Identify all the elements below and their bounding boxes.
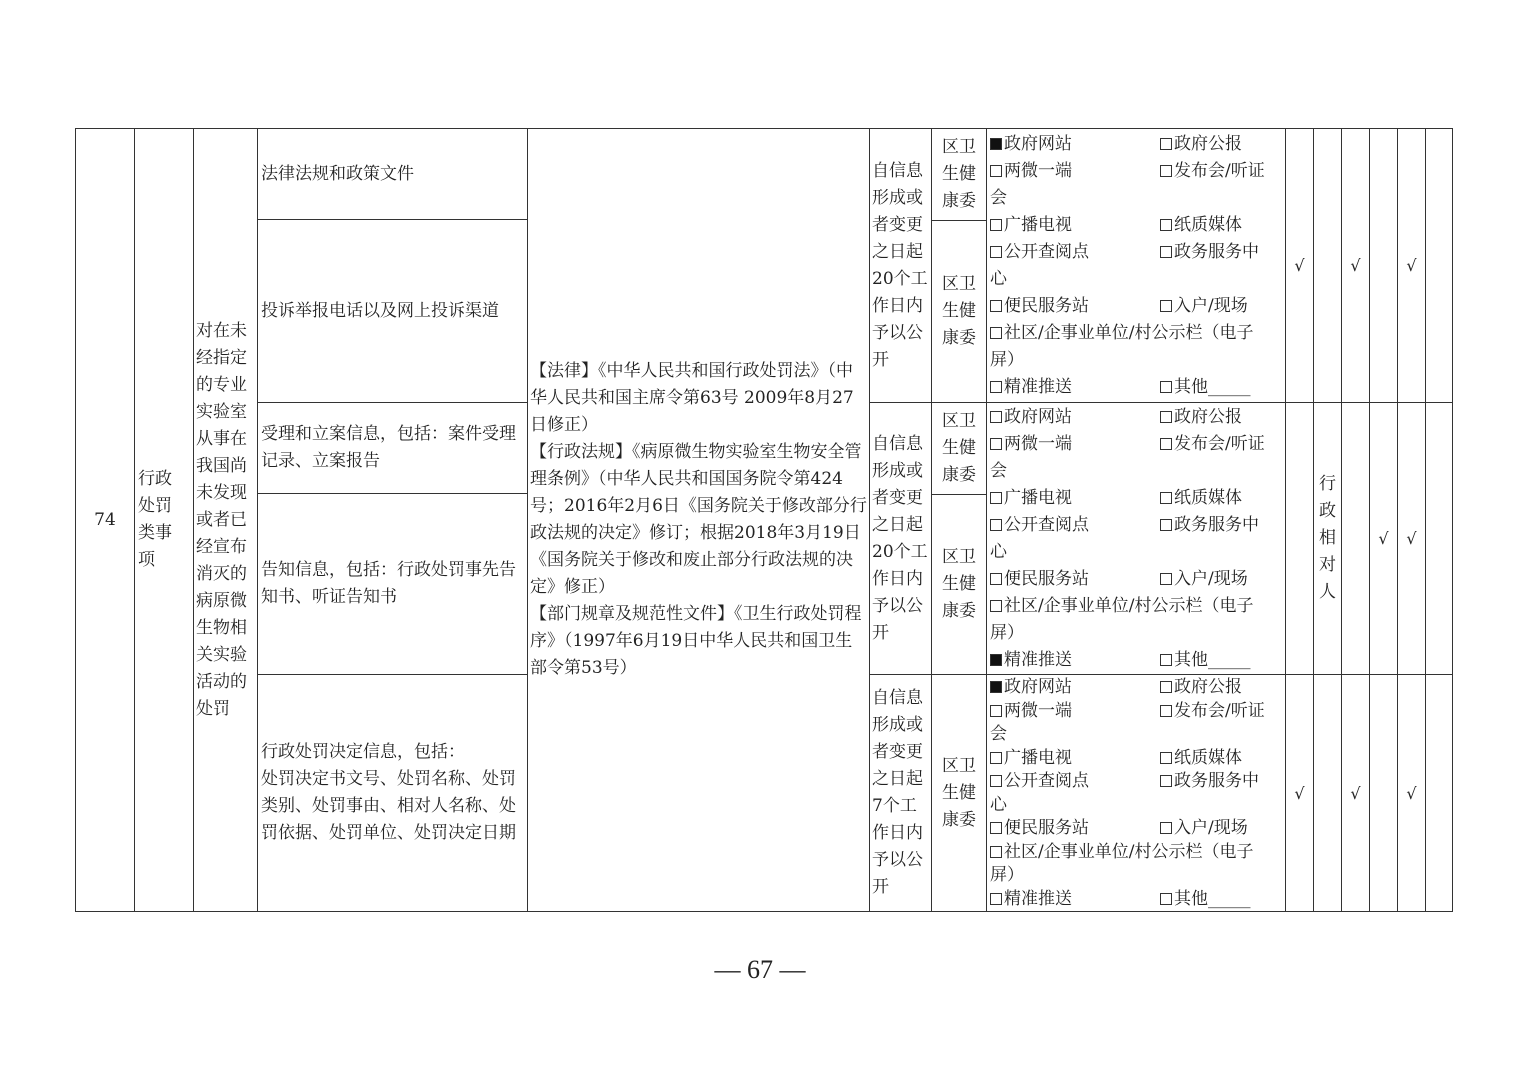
target-cell: 行政相对人 bbox=[1313, 402, 1342, 675]
channel-label: 其他_____ bbox=[1174, 650, 1251, 670]
channel-label: 公开查阅点 bbox=[1004, 242, 1089, 262]
checkbox-icon bbox=[990, 752, 1002, 764]
checkbox-icon bbox=[990, 219, 1002, 231]
checkbox-icon bbox=[990, 846, 1002, 858]
channel-label: 两微一端 bbox=[1004, 161, 1072, 181]
check-cell bbox=[1341, 402, 1370, 675]
channels-cell-1: 政府网站政府公报 两微一端发布会/听证 会 广播电视纸质媒体 公开查阅点政务服务… bbox=[986, 128, 1286, 403]
channel-label: 发布会/听证 bbox=[1174, 434, 1265, 454]
check-cell bbox=[1425, 674, 1453, 912]
channel-label: 广播电视 bbox=[1004, 215, 1072, 235]
check-cell bbox=[1285, 402, 1314, 675]
checkbox-icon bbox=[990, 705, 1002, 717]
checkbox-icon bbox=[1160, 165, 1172, 177]
check-cell bbox=[1369, 674, 1398, 912]
checkbox-icon bbox=[1160, 893, 1172, 905]
channel-label: 入户/现场 bbox=[1174, 818, 1248, 838]
check-cell bbox=[1313, 674, 1342, 912]
channel-label: 政府公报 bbox=[1174, 407, 1242, 427]
check-cell bbox=[1369, 128, 1398, 403]
target-text: 行政相对人 bbox=[1318, 471, 1338, 606]
row-number-cell: 74 bbox=[75, 128, 135, 912]
subject-cell: 区卫生健康委 bbox=[931, 402, 987, 495]
legal-basis-cell: 【法律】《中华人民共和国行政处罚法》（中华人民共和国主席令第63号 2009年8… bbox=[527, 128, 870, 912]
content-text: 告知信息，包括：行政处罚事先告知书、听证告知书 bbox=[258, 557, 527, 611]
checkbox-icon bbox=[1160, 411, 1172, 423]
channel-label: 屏） bbox=[990, 864, 1024, 888]
checkmark: √ bbox=[1406, 525, 1416, 552]
channel-label: 屏） bbox=[990, 620, 1024, 647]
channel-label: 便民服务站 bbox=[1004, 818, 1089, 838]
checkbox-icon bbox=[990, 411, 1002, 423]
checkbox-icon bbox=[1160, 138, 1172, 150]
channels-cell-2: 政府网站政府公报 两微一端发布会/听证 会 广播电视纸质媒体 公开查阅点政务服务… bbox=[986, 402, 1286, 675]
check-cell bbox=[1313, 128, 1342, 403]
channel-label: 政府公报 bbox=[1174, 677, 1242, 697]
check-cell: √ bbox=[1341, 674, 1370, 912]
row-number: 74 bbox=[94, 507, 116, 534]
channel-label: 纸质媒体 bbox=[1174, 748, 1242, 768]
channel-label: 发布会/听证 bbox=[1174, 161, 1265, 181]
checkbox-icon bbox=[990, 246, 1002, 258]
channel-label: 心 bbox=[990, 266, 1007, 293]
checkbox-icon bbox=[1160, 246, 1172, 258]
subject-cell: 区卫生健康委 bbox=[931, 220, 987, 403]
channel-label: 社区/企事业单位/村公示栏（电子 bbox=[1004, 596, 1253, 616]
channel-label: 会 bbox=[990, 723, 1007, 747]
channel-label: 精准推送 bbox=[1004, 377, 1072, 397]
channel-label: 纸质媒体 bbox=[1174, 215, 1242, 235]
check-cell: √ bbox=[1397, 674, 1426, 912]
checkbox-checked-icon bbox=[990, 681, 1002, 693]
basis-law: 【法律】《中华人民共和国行政处罚法》（中华人民共和国主席令第63号 2009年8… bbox=[530, 358, 867, 439]
channel-label: 两微一端 bbox=[1004, 701, 1072, 721]
subject-text: 区卫生健康委 bbox=[939, 134, 979, 215]
channel-label: 政府网站 bbox=[1004, 134, 1072, 154]
channel-label: 社区/企事业单位/村公示栏（电子 bbox=[1004, 323, 1253, 343]
checkbox-icon bbox=[1160, 219, 1172, 231]
checkbox-icon bbox=[990, 165, 1002, 177]
checkbox-icon bbox=[1160, 654, 1172, 666]
channel-label: 精准推送 bbox=[1004, 650, 1072, 670]
checkbox-icon bbox=[1160, 438, 1172, 450]
content-text: 法律法规和政策文件 bbox=[258, 161, 417, 188]
item-cell: 对在未经指定的专业实验室从事在我国尚未发现或者已经宣布消灭的病原微生物相关实验活… bbox=[193, 128, 258, 912]
channel-label: 其他_____ bbox=[1174, 889, 1251, 909]
checkmark: √ bbox=[1294, 780, 1304, 807]
content-cell-2: 投诉举报电话以及网上投诉渠道 bbox=[257, 219, 528, 403]
subject-text: 区卫生健康委 bbox=[939, 408, 979, 489]
content-cell-4: 告知信息，包括：行政处罚事先告知书、听证告知书 bbox=[257, 493, 528, 675]
subject-cell: 区卫生健康委 bbox=[931, 494, 987, 675]
check-cell bbox=[1425, 402, 1453, 675]
checkmark: √ bbox=[1406, 780, 1416, 807]
channel-label: 广播电视 bbox=[1004, 748, 1072, 768]
checkbox-icon bbox=[1160, 822, 1172, 834]
checkbox-icon bbox=[1160, 300, 1172, 312]
basis-rules: 【部门规章及规范性文件】《卫生行政处罚程序》（1997年6月19日中华人民共和国… bbox=[530, 601, 867, 682]
subject-text: 区卫生健康委 bbox=[939, 753, 979, 834]
page-number: — 67 — bbox=[0, 955, 1520, 985]
channel-label: 会 bbox=[990, 185, 1007, 212]
channel-label: 纸质媒体 bbox=[1174, 488, 1242, 508]
timing-cell-2: 自信息形成或者变更之日起20个工作日内予以公开 bbox=[869, 402, 932, 675]
checkbox-icon bbox=[990, 492, 1002, 504]
timing-cell-1: 自信息形成或者变更之日起20个工作日内予以公开 bbox=[869, 128, 932, 403]
content-text: 受理和立案信息，包括：案件受理记录、立案报告 bbox=[258, 421, 527, 475]
check-cell: √ bbox=[1369, 402, 1398, 675]
subject-cell: 区卫生健康委 bbox=[931, 128, 987, 221]
document-page: 74 行政处罚类事项 对在未经指定的专业实验室从事在我国尚未发现或者已经宣布消灭… bbox=[0, 0, 1520, 1074]
check-cell: √ bbox=[1397, 128, 1426, 403]
category-cell: 行政处罚类事项 bbox=[134, 128, 194, 912]
checkmark: √ bbox=[1350, 252, 1360, 279]
checkbox-icon bbox=[990, 600, 1002, 612]
checkbox-checked-icon bbox=[990, 138, 1002, 150]
channel-label: 广播电视 bbox=[1004, 488, 1072, 508]
checkbox-icon bbox=[990, 573, 1002, 585]
checkbox-icon bbox=[990, 327, 1002, 339]
content-cell-1: 法律法规和政策文件 bbox=[257, 128, 528, 220]
channel-label: 便民服务站 bbox=[1004, 569, 1089, 589]
timing-cell-3: 自信息形成或者变更之日起7个工作日内予以公开 bbox=[869, 674, 932, 912]
channel-label: 心 bbox=[990, 539, 1007, 566]
subject-cell: 区卫生健康委 bbox=[931, 674, 987, 912]
checkbox-icon bbox=[990, 893, 1002, 905]
channel-label: 政府网站 bbox=[1004, 407, 1072, 427]
checkbox-icon bbox=[1160, 752, 1172, 764]
item-text: 对在未经指定的专业实验室从事在我国尚未发现或者已经宣布消灭的病原微生物相关实验活… bbox=[194, 318, 255, 723]
channel-label: 发布会/听证 bbox=[1174, 701, 1265, 721]
channel-label: 社区/企事业单位/村公示栏（电子 bbox=[1004, 842, 1253, 862]
checkbox-icon bbox=[990, 438, 1002, 450]
checkbox-icon bbox=[990, 381, 1002, 393]
channel-label: 其他_____ bbox=[1174, 377, 1251, 397]
channel-label: 公开查阅点 bbox=[1004, 515, 1089, 535]
checkbox-icon bbox=[990, 300, 1002, 312]
subject-text: 区卫生健康委 bbox=[939, 544, 979, 625]
channel-label: 政务服务中 bbox=[1174, 242, 1259, 262]
checkbox-icon bbox=[1160, 681, 1172, 693]
content-text: 投诉举报电话以及网上投诉渠道 bbox=[258, 298, 502, 325]
content-text: 行政处罚决定信息，包括： 处罚决定书文号、处罚名称、处罚类别、处罚事由、相对人名… bbox=[258, 739, 527, 847]
checkbox-icon bbox=[990, 519, 1002, 531]
basis-regulation: 【行政法规】《病原微生物实验室生物安全管理条例》（中华人民共和国国务院令第424… bbox=[530, 439, 867, 601]
timing-text: 自信息形成或者变更之日起7个工作日内予以公开 bbox=[870, 685, 930, 901]
channel-label: 心 bbox=[990, 794, 1007, 818]
content-cell-5: 行政处罚决定信息，包括： 处罚决定书文号、处罚名称、处罚类别、处罚事由、相对人名… bbox=[257, 674, 528, 912]
channel-label: 政府网站 bbox=[1004, 677, 1072, 697]
category-text: 行政处罚类事项 bbox=[135, 466, 189, 574]
checkbox-icon bbox=[1160, 519, 1172, 531]
checkmark: √ bbox=[1378, 525, 1388, 552]
channel-label: 政务服务中 bbox=[1174, 515, 1259, 535]
channel-label: 精准推送 bbox=[1004, 889, 1072, 909]
channel-label: 入户/现场 bbox=[1174, 296, 1248, 316]
channel-label: 公开查阅点 bbox=[1004, 771, 1089, 791]
channel-label: 会 bbox=[990, 458, 1007, 485]
channel-label: 两微一端 bbox=[1004, 434, 1072, 454]
check-cell: √ bbox=[1397, 402, 1426, 675]
checkbox-checked-icon bbox=[990, 654, 1002, 666]
channel-label: 便民服务站 bbox=[1004, 296, 1089, 316]
subject-text: 区卫生健康委 bbox=[939, 271, 979, 352]
timing-text: 自信息形成或者变更之日起20个工作日内予以公开 bbox=[870, 158, 930, 374]
checkmark: √ bbox=[1294, 252, 1304, 279]
channel-label: 入户/现场 bbox=[1174, 569, 1248, 589]
checkbox-icon bbox=[1160, 775, 1172, 787]
channel-label: 政务服务中 bbox=[1174, 771, 1259, 791]
checkmark: √ bbox=[1350, 780, 1360, 807]
checkbox-icon bbox=[1160, 381, 1172, 393]
content-cell-3: 受理和立案信息，包括：案件受理记录、立案报告 bbox=[257, 402, 528, 494]
checkbox-icon bbox=[1160, 492, 1172, 504]
timing-text: 自信息形成或者变更之日起20个工作日内予以公开 bbox=[870, 431, 930, 647]
checkbox-icon bbox=[990, 822, 1002, 834]
checkbox-icon bbox=[1160, 705, 1172, 717]
checkbox-icon bbox=[990, 775, 1002, 787]
channels-cell-3: 政府网站政府公报 两微一端发布会/听证 会 广播电视纸质媒体 公开查阅点政务服务… bbox=[986, 674, 1286, 912]
check-cell bbox=[1425, 128, 1453, 403]
channel-label: 屏） bbox=[990, 347, 1024, 374]
checkbox-icon bbox=[1160, 573, 1172, 585]
channel-label: 政府公报 bbox=[1174, 134, 1242, 154]
check-cell: √ bbox=[1285, 674, 1314, 912]
checkmark: √ bbox=[1406, 252, 1416, 279]
check-cell: √ bbox=[1285, 128, 1314, 403]
check-cell: √ bbox=[1341, 128, 1370, 403]
